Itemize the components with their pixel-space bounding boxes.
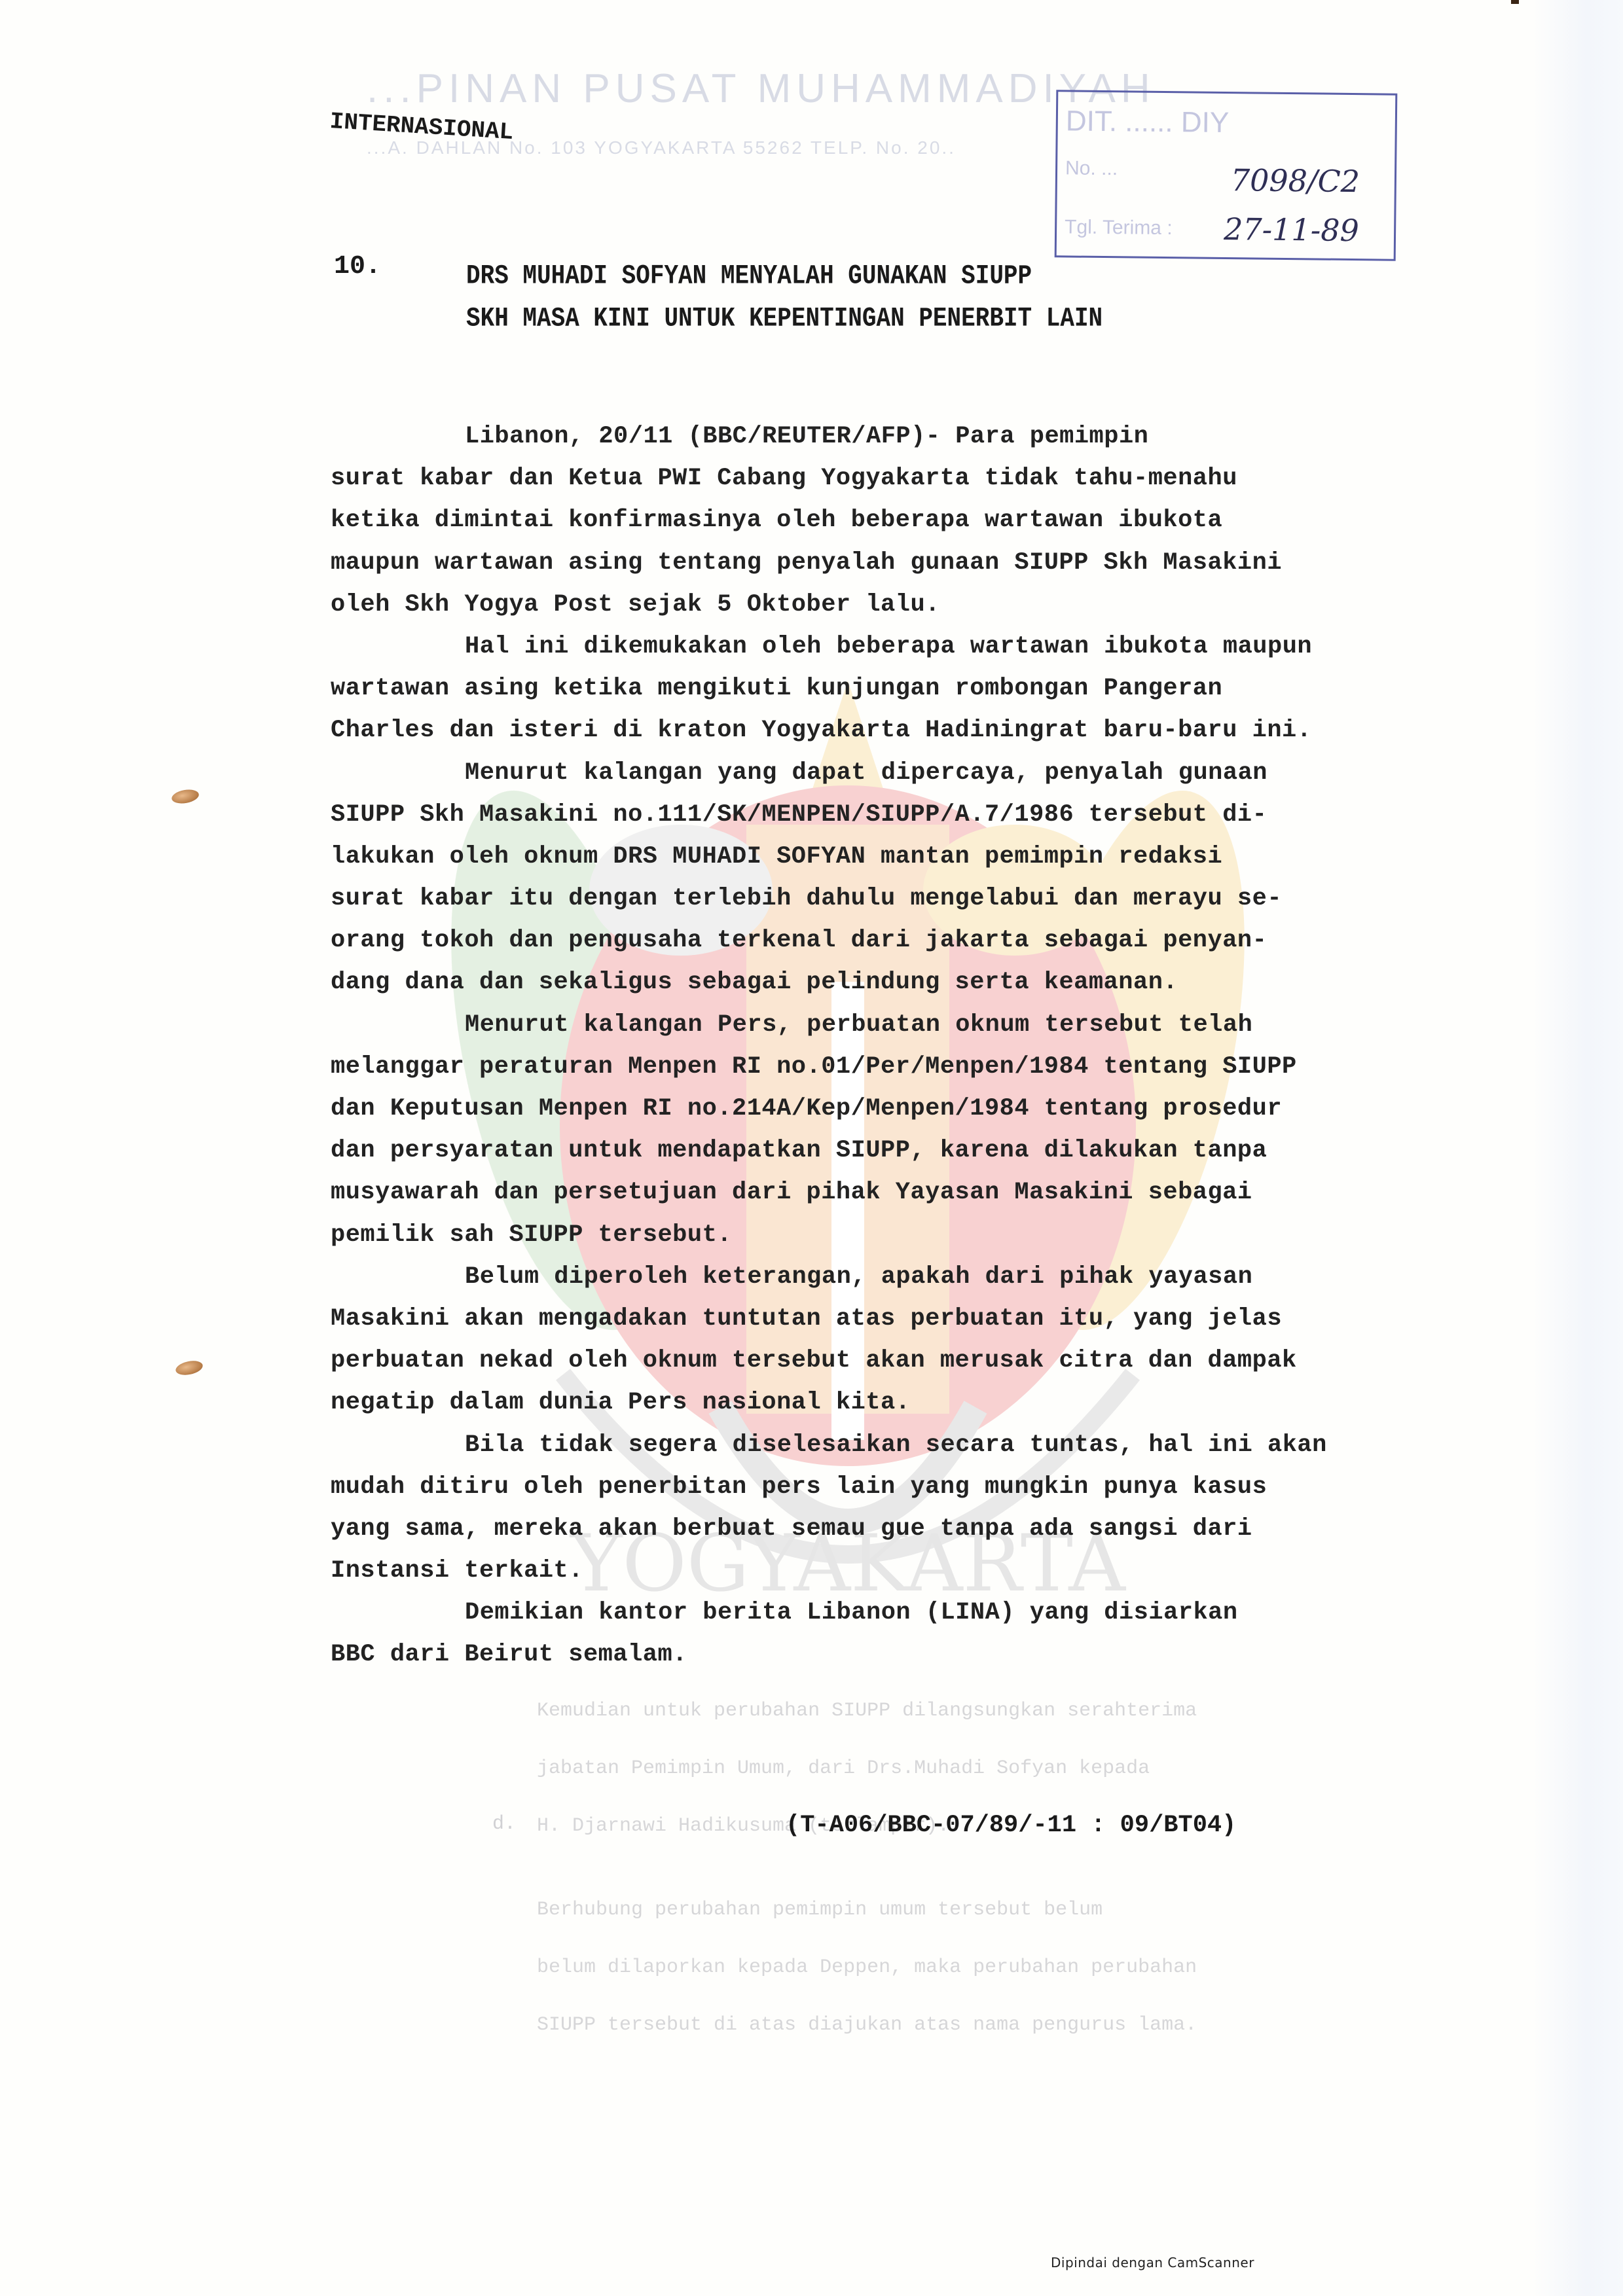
- paragraph: Hal ini dikemukakan oleh beberapa wartaw…: [331, 626, 1444, 752]
- text-line: Libanon, 20/11 (BBC/REUTER/AFP)- Para pe…: [331, 416, 1444, 457]
- text-line: Demikian kantor berita Libanon (LINA) ya…: [331, 1592, 1444, 1634]
- text-line: Hal ini dikemukakan oleh beberapa wartaw…: [331, 626, 1444, 668]
- text-line: negatip dalam dunia Pers nasional kita.: [331, 1382, 1444, 1424]
- ghost-line: SIUPP tersebut di atas diajukan atas nam…: [537, 1996, 1408, 2054]
- text-line: melanggar peraturan Menpen RI no.01/Per/…: [331, 1046, 1444, 1088]
- text-line: BBC dari Beirut semalam.: [331, 1634, 1444, 1676]
- paragraph: Menurut kalangan Pers, perbuatan oknum t…: [331, 1004, 1444, 1256]
- text-line: dang dana dan sekaligus sebagai pelindun…: [331, 961, 1444, 1003]
- headline-line: DRS MUHADI SOFYAN MENYALAH GUNAKAN SIUPP: [466, 260, 1032, 291]
- ghost-list-marker: d.: [492, 1813, 516, 1835]
- ghost-line: jabatan Pemimpin Umum, dari Drs.Muhadi S…: [537, 1740, 1408, 1797]
- text-line: pemilik sah SIUPP tersebut.: [331, 1214, 1444, 1256]
- text-line: surat kabar itu dengan terlebih dahulu m…: [331, 878, 1444, 920]
- punch-hole-top: [171, 788, 200, 806]
- text-line: lakukan oleh oknum DRS MUHADI SOFYAN man…: [331, 836, 1444, 878]
- text-line: perbuatan nekad oleh oknum tersebut akan…: [331, 1340, 1444, 1382]
- ghost-line: belum dilaporkan kepada Deppen, maka per…: [537, 1939, 1408, 1996]
- text-line: SIUPP Skh Masakini no.111/SK/MENPEN/SIUP…: [331, 794, 1444, 836]
- text-line: dan persyaratan untuk mendapatkan SIUPP,…: [331, 1130, 1444, 1172]
- text-line: Masakini akan mengadakan tuntutan atas p…: [331, 1298, 1444, 1340]
- text-line: mudah ditiru oleh penerbitan pers lain y…: [331, 1466, 1444, 1508]
- ghost-letterhead-title: ...PINAN PUSAT MUHAMMADIYAH: [367, 65, 1156, 112]
- stamp-label-number: No. ...: [1065, 157, 1118, 180]
- text-line: wartawan asing ketika mengikuti kunjunga…: [331, 668, 1444, 709]
- stamp-label-top: DIT. ...... DIY: [1066, 105, 1230, 139]
- section-label: INTERNASIONAL: [329, 108, 514, 146]
- text-line: surat kabar dan Ketua PWI Cabang Yogyaka…: [331, 457, 1444, 499]
- paragraph: Libanon, 20/11 (BBC/REUTER/AFP)- Para pe…: [331, 416, 1444, 626]
- paragraph: Demikian kantor berita Libanon (LINA) ya…: [331, 1592, 1444, 1676]
- article-body: Libanon, 20/11 (BBC/REUTER/AFP)- Para pe…: [331, 416, 1444, 1676]
- paragraph: Menurut kalangan yang dapat dipercaya, p…: [331, 752, 1444, 1004]
- headline-line: SKH MASA KINI UNTUK KEPENTINGAN PENERBIT…: [466, 303, 1103, 334]
- camscanner-footer: Dipindai dengan CamScanner: [1051, 2255, 1254, 2270]
- text-line: Menurut kalangan yang dapat dipercaya, p…: [331, 752, 1444, 794]
- text-line: Instansi terkait.: [331, 1550, 1444, 1592]
- punch-hole-bottom: [174, 1359, 204, 1377]
- news-reference-code: (T-A06/BBC-07/89/-11 : 09/BT04): [786, 1812, 1236, 1839]
- stamp-label-date: Tgl. Terima :: [1065, 216, 1173, 240]
- page-edge-shadow: [1531, 0, 1623, 2296]
- paragraph: Belum diperoleh keterangan, apakah dari …: [331, 1256, 1444, 1424]
- text-line: Menurut kalangan Pers, perbuatan oknum t…: [331, 1004, 1444, 1046]
- text-line: dan Keputusan Menpen RI no.214A/Kep/Menp…: [331, 1088, 1444, 1130]
- text-line: Bila tidak segera diselesaikan secara tu…: [331, 1424, 1444, 1466]
- text-line: ketika dimintai konfirmasinya oleh beber…: [331, 499, 1444, 541]
- stamp-handwritten-date: 27-11-89: [1224, 211, 1359, 248]
- corner-mark: [1511, 0, 1519, 4]
- stamp-handwritten-number: 7098/C2: [1231, 162, 1360, 199]
- text-line: yang sama, mereka akan berbuat semau gue…: [331, 1508, 1444, 1550]
- text-line: oleh Skh Yogya Post sejak 5 Oktober lalu…: [331, 584, 1444, 626]
- text-line: Belum diperoleh keterangan, apakah dari …: [331, 1256, 1444, 1298]
- ghost-line: Kemudian untuk perubahan SIUPP dilangsun…: [537, 1682, 1408, 1740]
- text-line: musyawarah dan persetujuan dari pihak Ya…: [331, 1172, 1444, 1213]
- ghost-text-lines: Kemudian untuk perubahan SIUPP dilangsun…: [537, 1682, 1408, 2054]
- item-number: 10.: [334, 252, 381, 281]
- ghost-line: Berhubung perubahan pemimpin umum terseb…: [537, 1881, 1408, 1939]
- text-line: orang tokoh dan pengusaha terkenal dari …: [331, 920, 1444, 961]
- paragraph: Bila tidak segera diselesaikan secara tu…: [331, 1424, 1444, 1592]
- receipt-stamp: DIT. ...... DIY No. ... Tgl. Terima : 70…: [1055, 90, 1398, 260]
- text-line: Charles dan isteri di kraton Yogyakarta …: [331, 709, 1444, 751]
- text-line: maupun wartawan asing tentang penyalah g…: [331, 542, 1444, 584]
- scanned-page: ...PINAN PUSAT MUHAMMADIYAH ...A. DAHLAN…: [0, 0, 1623, 2296]
